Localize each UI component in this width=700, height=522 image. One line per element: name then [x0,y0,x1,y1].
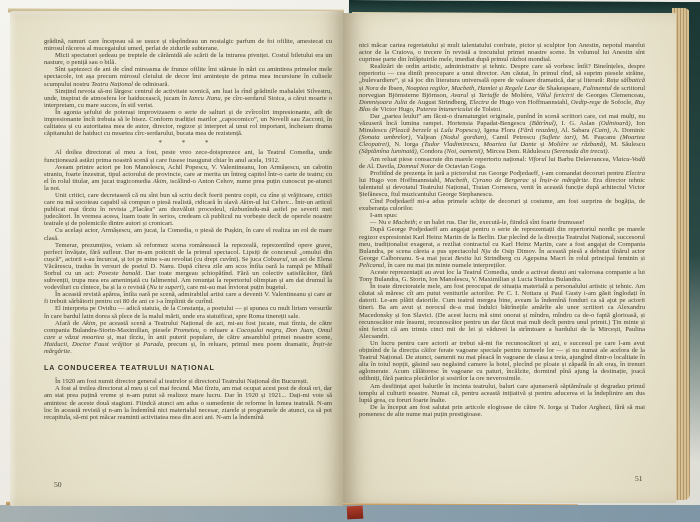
paragraph: De la început am fost salutat prin artic… [359,404,645,418]
paragraph: Cînd Podjedaeff mi-a adus primele schițe… [359,198,645,212]
paragraph: Dar „partea leului” am făcut-o dramaturg… [359,113,645,156]
page-number-right: 51 [635,474,643,483]
paragraph: Micii spectatori ședeau pe treptele de c… [44,52,332,66]
book-cover-right-edge [689,2,700,462]
book-photo: grădină, ramuri care începeau să se usuc… [0,0,700,522]
paragraph: — Nu e Macbeth; e un balet rus. Dar fie,… [359,219,645,226]
paragraph: Cu același actor, Armășescu, am jucat, l… [44,227,332,241]
paragraph: În această revistă apărea, întîia oară p… [44,291,332,305]
paragraph: Un lucru pentru care actorii ar trebui s… [359,340,645,383]
right-page: nici măcar cartea regretatului și mult t… [343,13,676,503]
paragraph: Al doilea directorat al meu a fost, pest… [44,149,332,163]
red-bookmark [347,506,364,520]
paragraph: Simțind nevoia să-mi lărgesc centrul de … [44,88,332,109]
paragraph: Afară de Akim, pe această scenă a Teatru… [44,320,332,355]
section-heading: LA CONDUCEREA TEATRULUI NAȚIONAL [44,365,332,372]
paragraph: Realizări de ordin artistic, administrat… [359,63,645,113]
paragraph: nici măcar cartea regretatului și mult t… [359,42,645,63]
paragraph: Am reluat piese consacrate din marele re… [359,156,645,170]
paragraph: Aveam printre actori pe Ion Manolescu, A… [44,164,332,192]
paragraph: În 1920 am fost numit director general a… [44,378,332,385]
paragraph: A fost al treilea directorat al meu și c… [44,385,332,420]
paragraph: În agonia șefului de poterași improvizas… [44,109,332,137]
paragraph: Profitînd de prezența în țară a pictorul… [359,170,645,198]
paragraph: În toate directoratele mele, am fost pre… [359,283,645,340]
paragraph: Am desființat apoi balurile în incinta t… [359,383,645,404]
right-page-text: nici măcar cartea regretatului și mult t… [359,42,645,472]
paragraph: Sînt șaptezeci de ani de cînd mireasma d… [44,66,332,87]
paragraph: Temerar, prezumțios, voiam să reformez s… [44,242,332,292]
paragraph: Unii critici, care decretaseră că nu sîn… [44,192,332,227]
page-number-left: 50 [54,480,62,489]
paragraph: El interpreta pe Ovidiu — adică statuia,… [44,305,332,319]
paragraph: I-am spus: [359,212,645,219]
left-page-text: grădină, ramuri care începeau să se usuc… [44,38,332,478]
paragraph: După George Podjedaeff am angajat pentru… [359,226,645,269]
paragraph: Aceste reprezentații au avut loc la Teat… [359,269,645,283]
left-page: grădină, ramuri care începeau să se usuc… [10,11,343,506]
section-separator: * * * [44,140,332,147]
paragraph: grădină, ramuri care începeau să se usuc… [44,38,332,52]
